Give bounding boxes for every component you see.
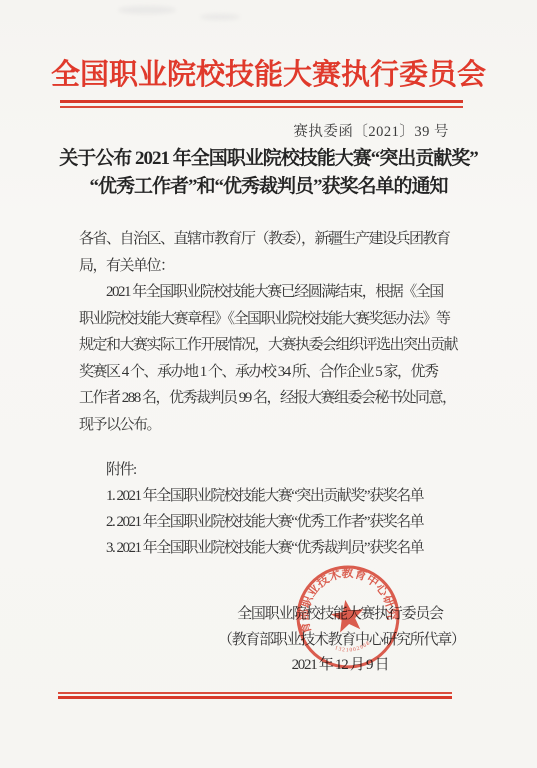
attachment-item: 1. 2021 年全国职业院校技能大赛“突出贡献奖”获奖名单 <box>106 483 423 509</box>
attachment-list: 1. 2021 年全国职业院校技能大赛“突出贡献奖”获奖名单2. 2021 年全… <box>106 483 423 561</box>
document-number: 赛执委函〔2021〕39 号 <box>293 120 449 141</box>
letterhead-title: 全国职业院校技能大赛执行委员会 <box>0 58 537 92</box>
body-paragraphs: 各省、自治区、直辖市教育厅（教委），新疆生产建设兵团教育局，有关单位：2021 … <box>79 226 461 438</box>
attachments-label: 附件: <box>106 457 423 483</box>
letterhead-rule <box>60 100 463 108</box>
document-page: 全国职业院校技能大赛执行委员会 赛执委函〔2021〕39 号 关于公布 2021… <box>0 0 537 768</box>
notice-title-line2: “优秀工作者”和“优秀裁判员”获奖名单的通知 <box>0 173 537 201</box>
notice-title: 关于公布 2021 年全国职业院校技能大赛“突出贡献奖” “优秀工作者”和“优秀… <box>0 145 537 200</box>
footer-rule <box>58 692 452 699</box>
body-line: 局，有关单位： <box>79 253 461 280</box>
attachment-item: 2. 2021 年全国职业院校技能大赛“优秀工作者”获奖名单 <box>106 509 423 535</box>
body-line: 职业院校技能大赛章程》《全国职业院校技能大赛奖惩办法》等 <box>79 306 461 333</box>
scan-artifact <box>118 6 176 14</box>
body-line: 各省、自治区、直辖市教育厅（教委），新疆生产建设兵团教育 <box>79 226 461 253</box>
body-line: 现予以公布。 <box>79 412 461 439</box>
svg-text:1321002968: 1321002968 <box>333 640 373 657</box>
body-line: 规定和大赛实际工作开展情况，大赛执委会组织评选出突出贡献 <box>79 332 461 359</box>
notice-title-line1: 关于公布 2021 年全国职业院校技能大赛“突出贡献奖” <box>0 145 537 173</box>
seal-code-text: 1321002968 <box>333 640 373 657</box>
body-line: 奖赛区 4 个、承办地 1 个、承办校 34 所、合作企业 5 家，优秀 <box>79 359 461 386</box>
seal-star-icon <box>329 597 367 633</box>
scan-artifact <box>200 14 240 20</box>
body-line: 2021 年全国职业院校技能大赛已经圆满结束，根据《全国 <box>79 279 461 306</box>
official-seal: 教育部职业技术教育中心研究所 1321002968 <box>286 555 410 679</box>
attachments-section: 附件: 1. 2021 年全国职业院校技能大赛“突出贡献奖”获奖名单2. 202… <box>106 457 423 561</box>
body-line: 工作者 288 名，优秀裁判员 99 名，经报大赛组委会秘书处同意， <box>79 385 461 412</box>
